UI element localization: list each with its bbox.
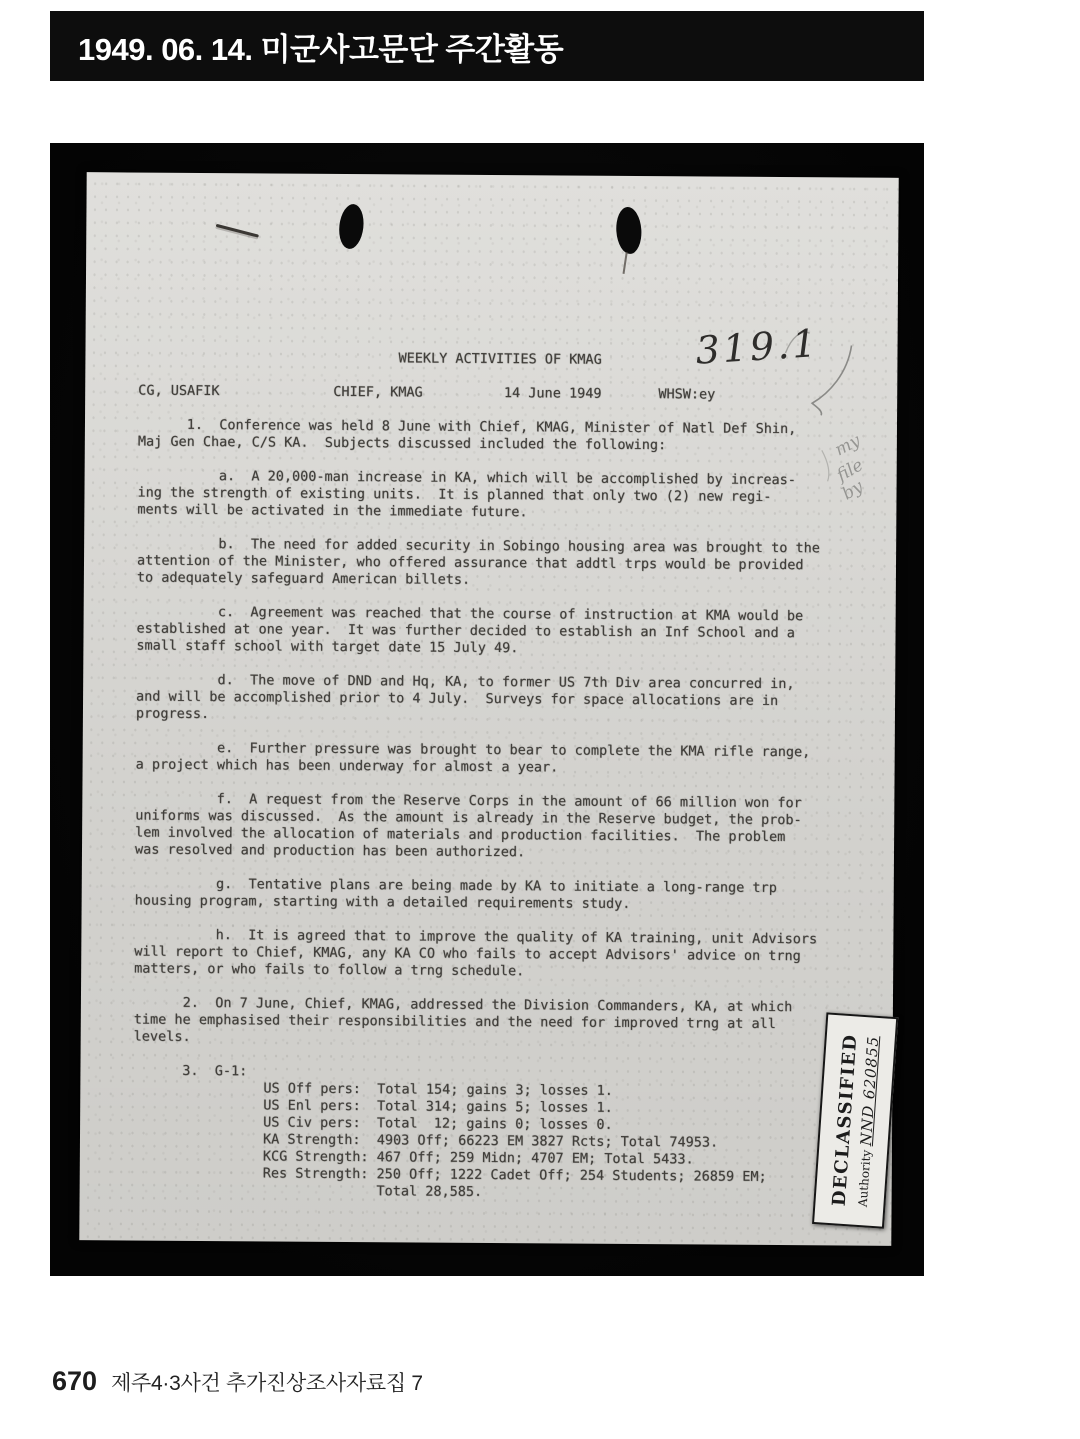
scanned-paper: 319.1 my file by WEEKLY ACTIVITIES OF KM…	[79, 172, 898, 1246]
stamp-authority-number: NND 620855	[856, 1035, 881, 1146]
book-footer: 670 제주4·3사건 추가진상조사자료집 7	[52, 1366, 423, 1397]
page: { "header": { "title": "1949. 06. 14. 미군…	[0, 0, 1080, 1439]
book-title: 제주4·3사건 추가진상조사자료집 7	[111, 1367, 423, 1397]
declassified-stamp-text: DECLASSIFIED Authority NND 620855	[828, 1033, 882, 1208]
page-title: 1949. 06. 14. 미군사고문단 주간활동	[78, 24, 563, 69]
stamp-authority-label: Authority	[855, 1149, 873, 1207]
declassified-stamp: DECLASSIFIED Authority NND 620855	[812, 1012, 898, 1228]
typewritten-text: WEEKLY ACTIVITIES OF KMAG CG, USAFIK CHI…	[133, 349, 822, 1204]
document-scan-area: 319.1 my file by WEEKLY ACTIVITIES OF KM…	[50, 143, 924, 1276]
book-page-number: 670	[52, 1366, 97, 1397]
header-bar: 1949. 06. 14. 미군사고문단 주간활동	[50, 11, 924, 81]
